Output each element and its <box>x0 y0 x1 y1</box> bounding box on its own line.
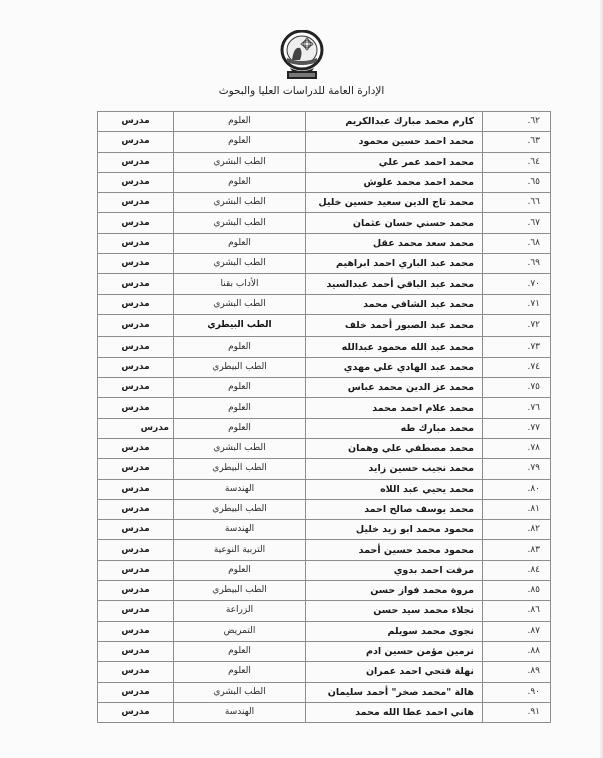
staff-name: محمد تاج الدين سعيد حسين خليل <box>306 193 483 213</box>
job-title: مدرس <box>98 479 174 499</box>
faculty: الطب البشري <box>174 213 306 233</box>
row-number: ٧٩. <box>483 459 551 479</box>
table-row: ٩٠.هالة "محمد صخر" أحمد سليمانالطب البشر… <box>98 682 551 702</box>
faculty: التمريض <box>174 621 306 641</box>
staff-name: محمد مصطفي علي وهمان <box>306 438 483 458</box>
staff-name: محمد يوسف صالح احمد <box>306 499 483 519</box>
row-number: ٧٧. <box>483 418 551 438</box>
faculty: العلوم <box>174 172 306 192</box>
row-number: ٧٦. <box>483 398 551 418</box>
row-number: ٦٩. <box>483 254 551 274</box>
job-title: مدرس <box>98 274 174 294</box>
staff-name: محمد احمد محمد علوش <box>306 172 483 192</box>
row-number: ٦٨. <box>483 233 551 253</box>
job-title: مدرس <box>98 132 174 152</box>
job-title: مدرس <box>98 233 174 253</box>
job-title: مدرس <box>98 193 174 213</box>
job-title: مدرس <box>98 499 174 519</box>
staff-name: هاني احمد عطا الله محمد <box>306 702 483 722</box>
staff-name: محمد عبد الهادي علي مهدي <box>306 357 483 377</box>
faculty: الطب البيطري <box>174 459 306 479</box>
table-row: ٦٩.محمد عبد الباري احمد ابراهيمالطب البش… <box>98 254 551 274</box>
row-number: ٨٧. <box>483 621 551 641</box>
table-row: ٨١.محمد يوسف صالح احمدالطب البيطريمدرس <box>98 499 551 519</box>
table-row: ٦٧.محمد حسني حسان عثمانالطب البشريمدرس <box>98 213 551 233</box>
row-number: ٨١. <box>483 499 551 519</box>
row-number: ٧١. <box>483 294 551 314</box>
staff-name: محمود محمد ابو زيد خليل <box>306 520 483 540</box>
job-title: مدرس <box>98 378 174 398</box>
faculty: العلوم <box>174 233 306 253</box>
faculty: الطب البيطري <box>174 499 306 519</box>
table-row: ٧٦.محمد علام احمد محمدالعلوممدرس <box>98 398 551 418</box>
row-number: ٨٣. <box>483 540 551 560</box>
faculty: الطب البيطري <box>174 581 306 601</box>
faculty: العلوم <box>174 398 306 418</box>
table-row: ٨٨.نرمين مؤمن حسين ادمالعلوممدرس <box>98 641 551 661</box>
job-title: مدرس <box>98 621 174 641</box>
faculty: العلوم <box>174 378 306 398</box>
row-number: ٨٩. <box>483 662 551 682</box>
job-title: مدرس <box>98 112 174 132</box>
row-number: ٧٥. <box>483 378 551 398</box>
faculty: العلوم <box>174 418 306 438</box>
faculty: الهندسة <box>174 479 306 499</box>
page-header: الإدارة العامة للدراسات العليا والبحوث <box>0 30 603 97</box>
staff-name: هالة "محمد صخر" أحمد سليمان <box>306 682 483 702</box>
staff-name: مروة محمد فواز حسن <box>306 581 483 601</box>
job-title: مدرس <box>98 398 174 418</box>
job-title: مدرس <box>98 172 174 192</box>
table-row: ٨٦.نجلاء محمد سيد حسنالزراعةمدرس <box>98 601 551 621</box>
staff-name: محمد مبارك طه <box>306 418 483 438</box>
job-title: مدرس <box>98 294 174 314</box>
table-row: ٧٨.محمد مصطفي علي وهمانالطب البشريمدرس <box>98 438 551 458</box>
faculty: الهندسة <box>174 702 306 722</box>
job-title: مدرس <box>98 641 174 661</box>
department-title: الإدارة العامة للدراسات العليا والبحوث <box>0 85 603 97</box>
staff-name: محمود محمد حسين أحمد <box>306 540 483 560</box>
staff-name: نهلة فتحي احمد عمران <box>306 662 483 682</box>
table-row: ٨٤.مرفت احمد بدويالعلوممدرس <box>98 560 551 580</box>
row-number: ٨٤. <box>483 560 551 580</box>
table-row: ٧١.محمد عبد الشافي محمدالطب البشريمدرس <box>98 294 551 314</box>
faculty: الطب البيطري <box>174 314 306 337</box>
table-row: ٧٠.محمد عبد الباقي أحمد عبدالسيدالأداب ب… <box>98 274 551 294</box>
staff-name: محمد احمد عمر علي <box>306 152 483 172</box>
table-row: ٨٢.محمود محمد ابو زيد خليلالهندسةمدرس <box>98 520 551 540</box>
table-row: ٦٣.محمد احمد حسين محمودالعلوممدرس <box>98 132 551 152</box>
table-row: ٧٤.محمد عبد الهادي علي مهديالطب البيطريم… <box>98 357 551 377</box>
staff-name: محمد عبد الشافي محمد <box>306 294 483 314</box>
faculty: العلوم <box>174 662 306 682</box>
faculty: الطب البشري <box>174 254 306 274</box>
table-row: ٧٥.محمد عز الدين محمد عباسالعلوممدرس <box>98 378 551 398</box>
job-title: مدرس <box>98 520 174 540</box>
table-row: ٧٢.محمد عبد الصبور أحمد خلفالطب البيطريم… <box>98 314 551 337</box>
job-title: مدرس <box>98 152 174 172</box>
row-number: ٩١. <box>483 702 551 722</box>
faculty: الطب البشري <box>174 438 306 458</box>
staff-name: محمد عبد الصبور أحمد خلف <box>306 314 483 337</box>
job-title: مدرس <box>98 459 174 479</box>
job-title: مدرس <box>98 662 174 682</box>
row-number: ٦٦. <box>483 193 551 213</box>
faculty: الأداب بقنا <box>174 274 306 294</box>
row-number: ٨٨. <box>483 641 551 661</box>
faculty: الزراعة <box>174 601 306 621</box>
job-title: مدرس <box>98 357 174 377</box>
staff-name: مرفت احمد بدوي <box>306 560 483 580</box>
faculty: العلوم <box>174 112 306 132</box>
job-title: مدرس <box>98 314 174 337</box>
row-number: ٨٢. <box>483 520 551 540</box>
row-number: ٦٢. <box>483 112 551 132</box>
faculty: الطب البشري <box>174 294 306 314</box>
job-title: مدرس <box>98 540 174 560</box>
table-row: ٨٧.نجوى محمد سويلمالتمريضمدرس <box>98 621 551 641</box>
table-row: ٨٠.محمد يحيي عبد اللاهالهندسةمدرس <box>98 479 551 499</box>
table-row: ٦٢.كارم محمد مبارك عبدالكريمالعلوممدرس <box>98 112 551 132</box>
table-row: ٧٧.محمد مبارك طهالعلوممدرس <box>98 418 551 438</box>
staff-table: ٦٢.كارم محمد مبارك عبدالكريمالعلوممدرس٦٣… <box>97 111 551 723</box>
staff-name: نرمين مؤمن حسين ادم <box>306 641 483 661</box>
table-row: ٦٦.محمد تاج الدين سعيد حسين خليلالطب الب… <box>98 193 551 213</box>
faculty: الطب البشري <box>174 682 306 702</box>
row-number: ٧٢. <box>483 314 551 337</box>
job-title: مدرس <box>98 702 174 722</box>
row-number: ٦٤. <box>483 152 551 172</box>
table-row: ٦٤.محمد احمد عمر عليالطب البشريمدرس <box>98 152 551 172</box>
staff-name: محمد عبد الباري احمد ابراهيم <box>306 254 483 274</box>
university-emblem-icon <box>278 30 326 82</box>
job-title: مدرس <box>98 581 174 601</box>
job-title: مدرس <box>98 438 174 458</box>
table-row: ٧٩.محمد نجيب حسين زايدالطب البيطريمدرس <box>98 459 551 479</box>
staff-name: محمد حسني حسان عثمان <box>306 213 483 233</box>
row-number: ٦٣. <box>483 132 551 152</box>
staff-name: كارم محمد مبارك عبدالكريم <box>306 112 483 132</box>
row-number: ٨٥. <box>483 581 551 601</box>
faculty: الطب البشري <box>174 152 306 172</box>
table-row: ٨٩.نهلة فتحي احمد عمرانالعلوممدرس <box>98 662 551 682</box>
staff-name: محمد نجيب حسين زايد <box>306 459 483 479</box>
faculty: العلوم <box>174 132 306 152</box>
job-title: مدرس <box>98 418 174 438</box>
table-row: ٦٨.محمد سعد محمد عقلالعلوممدرس <box>98 233 551 253</box>
faculty: الطب البيطري <box>174 357 306 377</box>
staff-name: نجلاء محمد سيد حسن <box>306 601 483 621</box>
row-number: ٧٤. <box>483 357 551 377</box>
table-row: ٨٣.محمود محمد حسين أحمدالتربية النوعيةمد… <box>98 540 551 560</box>
staff-name: محمد سعد محمد عقل <box>306 233 483 253</box>
row-number: ٨٦. <box>483 601 551 621</box>
faculty: التربية النوعية <box>174 540 306 560</box>
faculty: الهندسة <box>174 520 306 540</box>
job-title: مدرس <box>98 601 174 621</box>
row-number: ٨٠. <box>483 479 551 499</box>
staff-name: محمد احمد حسين محمود <box>306 132 483 152</box>
faculty: العلوم <box>174 560 306 580</box>
row-number: ٧٠. <box>483 274 551 294</box>
staff-name: محمد عبد الباقي أحمد عبدالسيد <box>306 274 483 294</box>
staff-table-body: ٦٢.كارم محمد مبارك عبدالكريمالعلوممدرس٦٣… <box>98 112 551 723</box>
staff-name: محمد عبد الله محمود عبدالله <box>306 337 483 357</box>
faculty: العلوم <box>174 337 306 357</box>
row-number: ٦٧. <box>483 213 551 233</box>
table-row: ٩١.هاني احمد عطا الله محمدالهندسةمدرس <box>98 702 551 722</box>
table-row: ٧٣.محمد عبد الله محمود عبداللهالعلوممدرس <box>98 337 551 357</box>
table-row: ٦٥.محمد احمد محمد علوشالعلوممدرس <box>98 172 551 192</box>
table-row: ٨٥.مروة محمد فواز حسنالطب البيطريمدرس <box>98 581 551 601</box>
faculty: الطب البشري <box>174 193 306 213</box>
staff-name: نجوى محمد سويلم <box>306 621 483 641</box>
job-title: مدرس <box>98 682 174 702</box>
staff-name: محمد عز الدين محمد عباس <box>306 378 483 398</box>
staff-name: محمد علام احمد محمد <box>306 398 483 418</box>
row-number: ٧٨. <box>483 438 551 458</box>
staff-name: محمد يحيي عبد اللاه <box>306 479 483 499</box>
faculty: العلوم <box>174 641 306 661</box>
job-title: مدرس <box>98 560 174 580</box>
row-number: ٦٥. <box>483 172 551 192</box>
job-title: مدرس <box>98 254 174 274</box>
job-title: مدرس <box>98 337 174 357</box>
university-logo <box>278 30 326 82</box>
row-number: ٩٠. <box>483 682 551 702</box>
row-number: ٧٣. <box>483 337 551 357</box>
job-title: مدرس <box>98 213 174 233</box>
